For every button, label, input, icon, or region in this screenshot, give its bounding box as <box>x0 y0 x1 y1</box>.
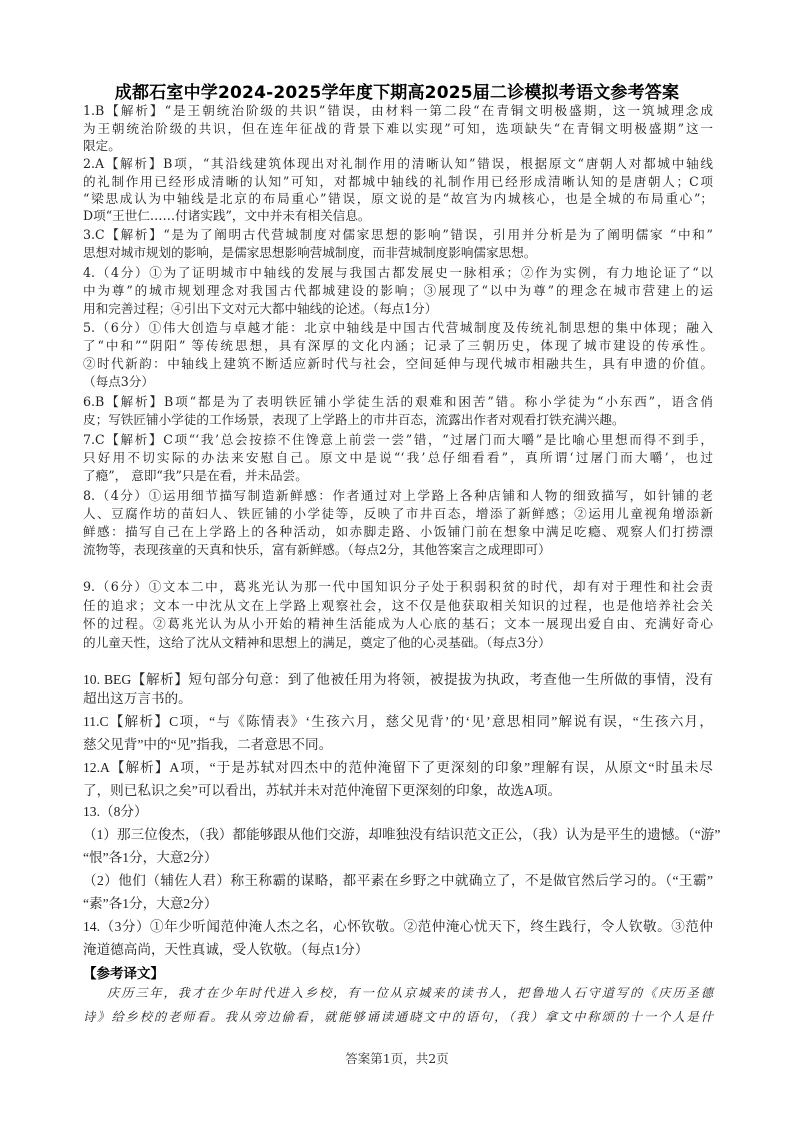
answer-12-line-1: 12.A【解析】A项，“于是苏轼对四杰中的范仲淹留下了更深刻的印象”理解有误，从… <box>83 759 713 776</box>
answer-13-part-2-line-2: “素”各1分，大意2分） <box>83 895 713 912</box>
answer-14-line-1: 14.（3分）①年少听闻范仲淹人杰之名，心怀钦敬。②范仲淹心忧天下，终生践行，令… <box>83 918 713 935</box>
answer-1-line-1: 1.B【解析】“是王朝统治阶级的共识”错误，由材料一第二段“在青铜文明极盛期，这… <box>83 102 713 119</box>
answer-8-line-3: 鲜感：描写自己在上学路上的各种活动，如赤脚走路、小饭铺门前在想象中满足吃瘾、观察… <box>83 523 713 540</box>
answer-8-line-2: 人、豆腐作坊的苗妇人、铁匠铺的小学徒等，反映了市井百态，增添了新鲜感；②运用儿童… <box>83 505 713 522</box>
answer-key-page: 成都石室中学2024-2025学年度下期高2025届二诊模拟考语文参考答案 1.… <box>0 0 794 1123</box>
answer-11-line-1: 11.C【解析】C项，“与《陈情表》‘生孩六月，慈父见背’的‘见’意思相同”解说… <box>83 713 713 730</box>
answer-2-line-2: 的礼制作用已经形成清晰的认知”可知，对都城中轴线的礼制作用已经形成清晰认知的是唐… <box>83 173 713 190</box>
answer-6-line-1: 6.B【解析】B项“都是为了表明铁匠铺小学徒生活的艰难和困苦”错。称小学徒为“小… <box>83 393 713 410</box>
answer-10-line-2: 超出这万言书的。 <box>83 690 713 707</box>
answer-6-line-2: 皮；写铁匠铺小学徒的工作场景，表现了上学路上的市井百态，流露出作者对观看打铁充满… <box>83 411 713 428</box>
answer-4-line-2: 中为尊”的城市规划理念对我国古代都城建设的影响；③展现了“以中为尊”的理念在城市… <box>83 282 713 299</box>
answer-5-line-4: （每点3分） <box>83 373 713 390</box>
answer-7-line-3: 了瘾”， 意即“我”只是在看，并未品尝。 <box>83 467 713 484</box>
answer-2-line-3: “梁思成认为中轴线是北京的布局重心”错误，原文说的是“故宫为内城核心，也是全城的… <box>83 190 713 207</box>
answer-3-line-1: 3.C【解析】“是为了阐明古代营城制度对儒家思想的影响”错误，引用并分析是为了阐… <box>83 226 713 243</box>
answer-8-line-1: 8.（4分）①运用细节描写制造新鲜感：作者通过对上学路上各种店铺和人物的细致描写… <box>83 487 713 504</box>
answer-13-part-1-line-2: “恨”各1分，大意2分） <box>83 849 713 866</box>
answer-2-line-4: D项“王世仁……付诸实践”，文中并未有相关信息。 <box>83 207 713 224</box>
page-footer: 答案第1页，共2页 <box>0 1049 794 1067</box>
answer-9-line-4: 的儿童天性，这给了沈从文精神和思想上的满足，奠定了他的心灵基础。（每点3分） <box>83 634 713 651</box>
answer-2-line-1: 2.A【解析】B项，“其沿线建筑体现出对礼制作用的清晰认知”错误，根据原文“唐朝… <box>83 155 713 172</box>
answer-11-line-2: 慈父见背”中的“见”指我，二者意思不同。 <box>83 736 713 753</box>
answer-5-line-1: 5.（6分）①伟大创造与卓越才能：北京中轴线是中国古代营城制度及传统礼制思想的集… <box>83 319 713 336</box>
answer-13-header: 13.（8分） <box>83 803 713 820</box>
answer-5-line-3: ②时代新韵：中轴线上建筑不断适应新时代与社会，空间延伸与现代城市相融共生，具有申… <box>83 355 713 372</box>
answer-9-line-2: 任的追求；文本一中沈从文在上学路上观察社会，这不仅是他获取相关知识的过程，也是他… <box>83 597 713 614</box>
translation-line-1: 庆历三年，我才在少年时代进入乡校，有一位从京城来的读书人，把鲁地人石守道写的《庆… <box>107 985 713 1002</box>
answer-1-line-3: 限定。 <box>83 137 713 154</box>
answer-5-line-2: 了“中和”“阴阳” 等传统思想，具有深厚的文化内涵；记录了三朝历史，体现了城市建… <box>83 337 713 354</box>
answer-13-part-1-line-1: （1）那三位俊杰，（我）都能够跟从他们交游，却唯独没有结识范文正公，（我）认为是… <box>83 826 713 843</box>
document-title: 成都石室中学2024-2025学年度下期高2025届二诊模拟考语文参考答案 <box>0 78 794 103</box>
answer-9-line-1: 9.（6分）①文本二中，葛兆光认为那一代中国知识分子处于积弱积贫的时代，却有对于… <box>83 578 713 595</box>
answer-13-part-2-line-1: （2）他们（辅佐人君）称王称霸的谋略，都平素在乡野之中就确立了，不是做官然后学习… <box>83 872 713 889</box>
answer-12-line-2: 了，则已私识之矣”可以看出，苏轼并未对范仲淹留下更深刻的印象，故选A项。 <box>83 782 713 799</box>
answer-10-line-1: 10. BEG【解析】短句部分句意：到了他被任用为将领，被提拔为执政，考查他一生… <box>83 671 713 688</box>
answer-4-line-1: 4.（4分）①为了证明城市中轴线的发展与我国古都发展史一脉相承；②作为实例，有力… <box>83 264 713 281</box>
answer-7-line-2: 只好用不切实际的办法来安慰自己。原文中是说“‘我’总仔细看看”，真所谓‘过屠门而… <box>83 449 713 466</box>
translation-line-2: 诗》给乡校的老师看。我从旁边偷看，就能够诵读通晓文中的语句，（我）拿文中称颂的十… <box>83 1009 713 1026</box>
answer-1-line-2: 为王朝统治阶级的共识，但在连年征战的背景下难以实现”可知，选项缺失“在青铜文明极… <box>83 120 713 137</box>
answer-4-line-3: 用和完善过程；④引出下文对元大都中轴线的论述。（每点1分） <box>83 300 713 317</box>
answer-7-line-1: 7.C【解析】C项“‘我’总会按捺不住馋意上前尝一尝”错，“过屠门而大嚼”是比喻… <box>83 431 713 448</box>
translation-heading: 【参考译文】 <box>83 962 164 982</box>
answer-8-line-4: 流物等，表现孩童的天真和快乐，富有新鲜感。（每点2分，其他答案言之成理即可） <box>83 541 713 558</box>
answer-14-line-2: 淹道德高尚，天性真诚，受人钦敬。（每点1分） <box>83 941 713 958</box>
answer-3-line-2: 思想对城市规划的影响，是儒家思想影响营城制度，而非营城制度影响儒家思想。 <box>83 244 713 261</box>
answer-9-line-3: 怀的过程。②葛兆光认为从小开始的精神生活能成为人心底的基石；文本一展现出爱自由、… <box>83 615 713 632</box>
